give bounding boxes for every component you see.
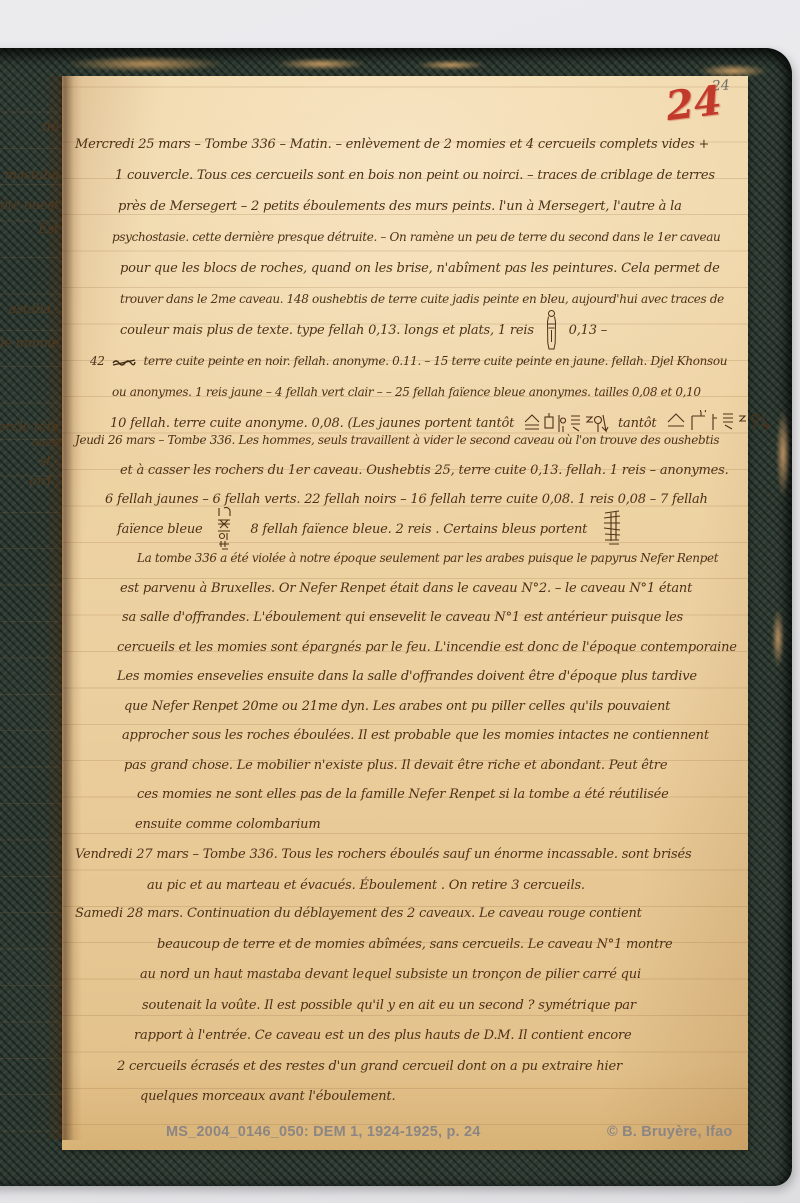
page-fragment: s de momie (0, 336, 59, 351)
manuscript-line: psychostasie. cette dernière presque dét… (112, 222, 748, 253)
manuscript-line: couleur mais plus de texte. type fellah … (120, 315, 748, 346)
diary-entry-mercredi-25-mars: Mercredi 25 mars – Tombe 336 – Matin. – … (62, 129, 748, 439)
copyright-credit: © B. Bruyère, Ifao (607, 1124, 732, 1140)
manuscript-line: faïence bleue 8 fellah faïence bleue. 2 … (117, 515, 748, 545)
manuscript-line: Mercredi 25 mars – Tombe 336 – Matin. – … (75, 129, 748, 160)
manuscript-line: soutenait la voûte. Il est possible qu'i… (142, 991, 748, 1022)
manuscript-page: 24 24 Mercredi 25 mars – Tombe 336 – Mat… (62, 76, 748, 1150)
manuscript-line-segment: 8 fellah faïence bleue. 2 reis . Certain… (250, 522, 587, 537)
manuscript-line: 2 cercueils écrasés et des restes d'un g… (117, 1052, 748, 1083)
manuscript-line: Samedi 28 mars. Continuation du déblayem… (75, 899, 748, 930)
manuscript-line: près de Mersegert – 2 petits éboulements… (118, 191, 748, 222)
page-fragment: st . (40, 454, 59, 469)
manuscript-line: pas grand chose. Le mobilier n'existe pl… (124, 751, 748, 781)
manuscript-line: au pic et au marteau et évacués. Éboulem… (147, 870, 748, 901)
manuscript-line: est parvenu à Bruxelles. Or Nefer Renpet… (120, 574, 748, 604)
manuscript-line: ensuite comme colombarium (135, 810, 748, 840)
manuscript-line-segment: 0,13 – (569, 323, 607, 338)
page-fragment: mastaba (5, 168, 59, 183)
manuscript-line: 6 fellah jaunes – 6 fellah verts. 22 fel… (105, 485, 748, 515)
manuscript-line: cercueils et les momies sont épargnés pa… (117, 633, 748, 663)
manuscript-line-segment: 42 (90, 354, 105, 368)
crossed-out-word-sketch (112, 357, 136, 367)
diary-entry-vendredi-27-mars: Vendredi 27 mars – Tombe 336. Tous les r… (62, 839, 748, 901)
manuscript-line: et à casser les rochers du 1er caveau. O… (120, 456, 748, 486)
manuscript-line: que Nefer Renpet 20me ou 21me dyn. Les a… (124, 692, 748, 722)
manuscript-line: quelques morceaux avant l'éboulement. (140, 1082, 748, 1113)
manuscript-line: 42 terre cuite peinte en noir. fellah. a… (90, 346, 748, 377)
manuscript-line-segment: faïence bleue (117, 522, 203, 537)
manuscript-line: pour que les blocs de roches, quand on l… (120, 253, 748, 284)
page-fragment: ouest (32, 436, 61, 449)
page-fragment: ord . (29, 474, 59, 489)
manuscript-line: sa salle d'offrandes. L'éboulement qui e… (122, 603, 748, 633)
page-fragment: Est (38, 222, 59, 237)
cover-wear-patch (276, 58, 366, 70)
manuscript-line: Jeudi 26 mars – Tombe 336. Les hommes, s… (75, 426, 748, 456)
page-fragment: tin (42, 120, 59, 135)
previous-page-edge: tin mastaba ète ouest Est astaba . s de … (0, 76, 62, 1140)
cover-wear-patch (776, 408, 790, 498)
hieroglyph-stack-sketch-icon (601, 510, 625, 548)
manuscript-line: ou anonymes. 1 reis jaune – 4 fellah ver… (112, 377, 748, 408)
scanned-notebook-photo: { "page": { "numbers": { "red": "24", "p… (0, 0, 800, 1203)
cover-wear-patch (416, 60, 486, 70)
diary-entry-jeudi-26-mars: Jeudi 26 mars – Tombe 336. Les hommes, s… (62, 426, 748, 839)
cover-wear-patch (772, 608, 784, 668)
page-number-red-crayon: 24 (664, 79, 725, 129)
manuscript-line: trouver dans le 2me caveau. 148 oushebti… (120, 284, 748, 315)
manuscript-line: La tombe 336 a été violée à notre époque… (137, 544, 748, 574)
diary-entry-samedi-28-mars: Samedi 28 mars. Continuation du déblayem… (62, 899, 748, 1113)
page-fragment: astaba . (9, 302, 59, 317)
manuscript-line: beaucoup de terre et de momies abîmées, … (157, 930, 748, 961)
page-fragment: uvercle tête (0, 420, 59, 435)
page-fragment: ète ouest (0, 198, 59, 213)
manuscript-line: rapport à l'entrée. Ce caveau est un des… (134, 1021, 748, 1052)
cover-wear-patch (66, 56, 226, 72)
manuscript-line-segment: terre cuite peinte en noir. fellah. anon… (144, 354, 728, 368)
manuscript-line: au nord un haut mastaba devant lequel su… (140, 960, 748, 991)
manuscript-line: approcher sous les roches éboulées. Il e… (122, 721, 748, 751)
manuscript-line: ces momies ne sont elles pas de la famil… (137, 780, 748, 810)
manuscript-line: 1 couvercle. Tous ces cercueils sont en … (115, 160, 748, 191)
manuscript-line-segment: couleur mais plus de texte. type fellah … (120, 323, 534, 338)
manuscript-line: Les momies ensevelies ensuite dans la sa… (117, 662, 748, 692)
archive-reference: MS_2004_0146_050: DEM 1, 1924-1925, p. 2… (166, 1124, 481, 1140)
manuscript-line: Vendredi 27 mars – Tombe 336. Tous les r… (75, 839, 748, 870)
